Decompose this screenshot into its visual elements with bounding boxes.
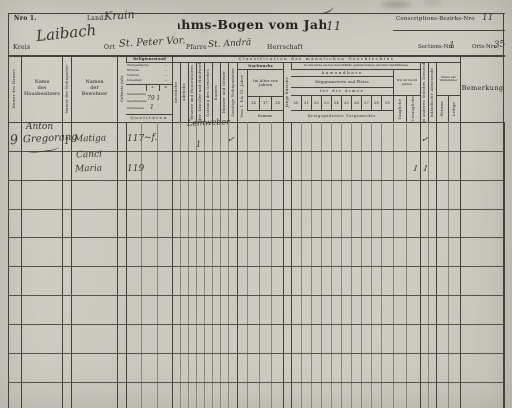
- grid-column-line: [157, 122, 158, 408]
- grid-column-line: [341, 122, 342, 408]
- grid-column-line: [420, 122, 421, 408]
- table-body: [0, 0, 512, 408]
- grid-column-line: [247, 122, 248, 408]
- grid-column-line: [117, 122, 118, 408]
- stand-value-handwritten: 79 1: [147, 95, 160, 102]
- entry-party-number: 1: [64, 137, 70, 147]
- grid-column-line: [283, 122, 284, 408]
- grid-column-line: [406, 122, 407, 408]
- grid-column-line: [393, 122, 394, 408]
- grid-column-line: [180, 122, 181, 408]
- entry-inhabitant-name: Maria: [75, 164, 102, 175]
- grid-column-line: [291, 122, 292, 408]
- grid-column-line: [448, 122, 449, 408]
- grid-column-line: [361, 122, 362, 408]
- grid-column-line: [331, 122, 332, 408]
- grid-row-line: [8, 237, 504, 238]
- grid-column-line: [8, 122, 9, 408]
- grid-column-line: [204, 122, 205, 408]
- entry-inhabitant-year: 119: [127, 164, 144, 174]
- title-year-handwritten: 11: [326, 19, 341, 33]
- grid-column-line: [321, 122, 322, 408]
- grid-column-line: [301, 122, 302, 408]
- grid-column-line: [196, 122, 197, 408]
- grid-column-line: [188, 122, 189, 408]
- grid-row-line: [8, 382, 504, 383]
- aufnahms-bogen-sheet: Nro 1. Land Krain Aufnahms-Bogen vom Jah…: [0, 0, 512, 408]
- grid-row-line: [8, 353, 504, 354]
- entry-tally-mark: 1: [196, 140, 201, 149]
- grid-row-line: [8, 266, 504, 267]
- entry-check-mark: ✓: [226, 135, 235, 146]
- grid-column-line: [220, 122, 221, 408]
- grid-row-line: [8, 209, 504, 210]
- grid-column-line: [212, 122, 213, 408]
- grid-column-line: [271, 122, 272, 408]
- stand-value-handwritten: 1: [150, 104, 154, 111]
- conscription-district-value: 11: [482, 13, 493, 23]
- grid-column-line: [436, 122, 437, 408]
- sections-value: 1: [449, 41, 455, 51]
- entry-owner-first-name: Anton: [26, 122, 53, 132]
- grid-column-line: [351, 122, 352, 408]
- grid-column-line: [71, 122, 72, 408]
- grid-column-line: [460, 122, 461, 408]
- grid-column-line: [259, 122, 260, 408]
- grid-row-line: [8, 324, 504, 325]
- orts-number-value: 35: [493, 39, 506, 50]
- entry-inhabitant-year: 117: [127, 134, 144, 144]
- grid-row-line: [8, 295, 504, 296]
- entry-inhabitant-name: Canci: [76, 150, 102, 161]
- grid-column-line: [172, 122, 173, 408]
- grid-column-line: [381, 122, 382, 408]
- grid-column-line: [311, 122, 312, 408]
- entry-check-mark: ✓: [420, 135, 429, 146]
- land-value-handwritten: Krain: [104, 8, 135, 23]
- grid-column-line: [504, 122, 505, 408]
- entry-house-number: 9: [9, 133, 19, 149]
- grid-column-line: [21, 122, 22, 408]
- grid-column-line: [237, 122, 238, 408]
- grid-column-line: [371, 122, 372, 408]
- entry-inhabitant-name: Matiga: [74, 133, 107, 144]
- grid-column-line: [228, 122, 229, 408]
- grid-row-line: [8, 180, 504, 181]
- entry-profession: Leinweber: [187, 117, 230, 127]
- entry-inhabitant-mark: ~f.: [144, 133, 157, 143]
- grid-column-line: [62, 122, 63, 408]
